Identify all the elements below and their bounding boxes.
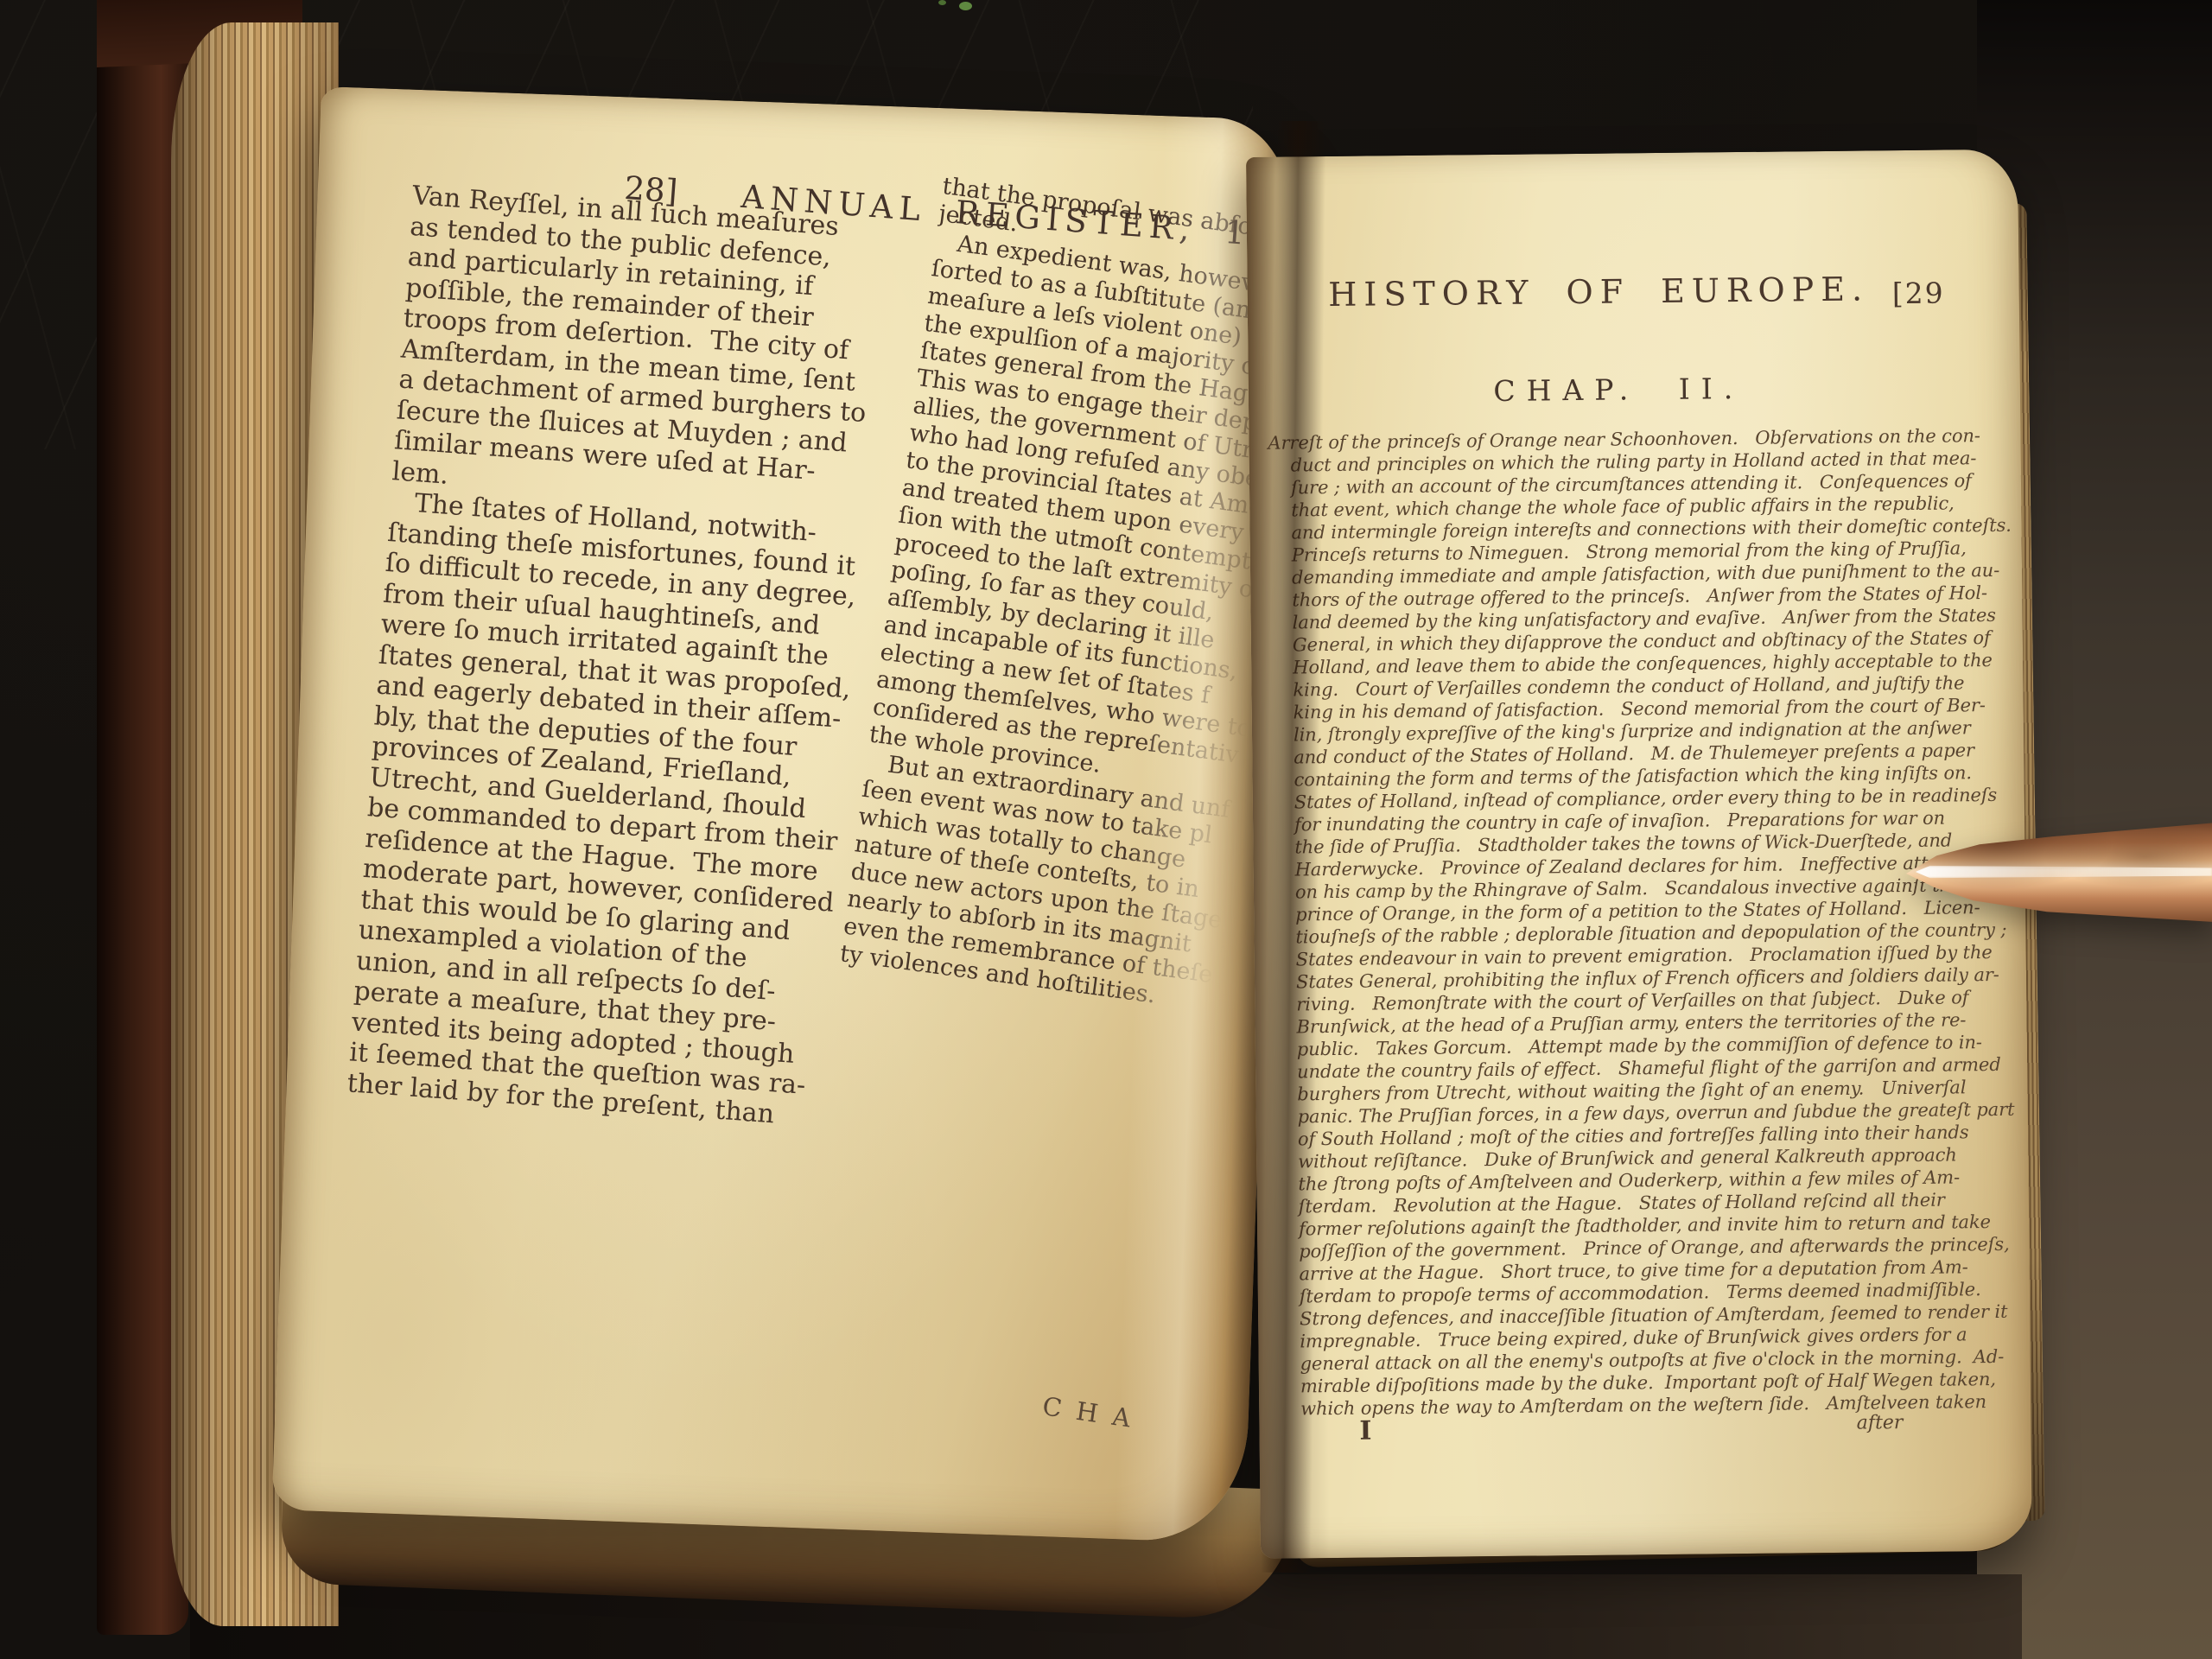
photo-scene: 28]ANNUAL REGISTER, 1787. Van Reyſſel, i…	[0, 0, 2212, 1659]
chapter-summary: Arreſt of the princeſs of Orange near Sc…	[1268, 424, 2000, 1421]
debris-speck	[959, 2, 972, 10]
copper-stylus	[1906, 817, 2212, 930]
chapter-heading: CHAP. II.	[1249, 369, 2020, 410]
signature-mark: I	[1359, 1416, 1371, 1446]
left-column-1: Van Reyſſel, in all ſuch meaſuresas tend…	[346, 181, 934, 1136]
right-page-number: [29	[1892, 276, 1945, 311]
right-catchword: after	[1857, 1412, 1904, 1434]
debris-speck	[938, 0, 946, 5]
left-page: 28]ANNUAL REGISTER, 1787. Van Reyſſel, i…	[271, 86, 1294, 1543]
